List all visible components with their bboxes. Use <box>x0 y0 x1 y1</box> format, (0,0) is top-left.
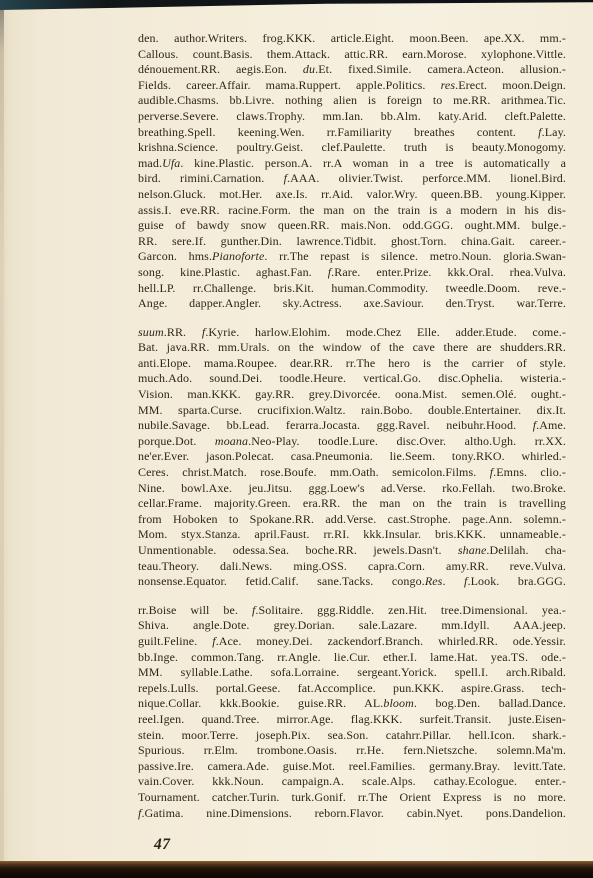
text-line: Nine. bowl.Axe. jeu.Jitsu. ggg.Loew's ad… <box>138 481 566 497</box>
scan-edge-bottom <box>0 861 593 878</box>
text-line: bird. rimini.Carnation. f.AAA. olivier.T… <box>138 171 566 187</box>
text-line: Fields. career.Affair. mama.Ruppert. app… <box>138 78 566 94</box>
text-line: nubile.Savage. bb.Lead. ferarra.Jocasta.… <box>138 418 566 434</box>
text-line: den. author.Writers. frog.KKK. article.E… <box>138 31 566 47</box>
text-line: cellar.Frame. majority.Green. era.RR. th… <box>138 496 566 512</box>
text-line: Mom. styx.Stanza. april.Faust. rr.RI. kk… <box>138 527 566 543</box>
text-line: reel.Igen. quand.Tree. mirror.Age. flag.… <box>138 712 566 728</box>
text-line: Callous. count.Basis. them.Attack. attic… <box>138 47 566 63</box>
text-line: stein. moor.Terre. joseph.Pix. sea.Son. … <box>138 728 566 744</box>
paragraph: suum.RR. f.Kyrie. harlow.Elohim. mode.Ch… <box>138 325 566 590</box>
scan-edge-top <box>0 0 593 10</box>
text-line: bb.Inge. common.Tang. rr.Angle. lie.Cur.… <box>138 650 566 666</box>
text-line: Bat. java.RR. mm.Urals. on the window of… <box>138 340 566 356</box>
text-line: nonsense.Equator. fetid.Calif. sane.Tack… <box>138 574 566 590</box>
text-line: Spurious. rr.Elm. trombone.Oasis. rr.He.… <box>138 743 566 759</box>
text-line: rr.Boise will be. f.Solitaire. ggg.Riddl… <box>138 603 566 619</box>
text-line: suum.RR. f.Kyrie. harlow.Elohim. mode.Ch… <box>138 325 566 341</box>
text-line: Ange. dapper.Angler. sky.Actress. axe.Sa… <box>138 296 566 312</box>
paragraph: rr.Boise will be. f.Solitaire. ggg.Riddl… <box>138 603 566 821</box>
text-line: vain.Cover. kkk.Noun. campaign.A. scale.… <box>138 774 566 790</box>
page-number: 47 <box>154 836 171 854</box>
text-line: guise of bawdy snow queen.RR. mais.Non. … <box>138 218 566 234</box>
text-line: nelson.Gluck. mot.Her. axe.Is. rr.Aid. v… <box>138 187 566 203</box>
text-line: anti.Elope. mama.Roupee. dear.RR. rr.The… <box>138 356 566 372</box>
text-line: f.Gatima. nine.Dimensions. reborn.Flavor… <box>138 806 566 822</box>
scan-edge-left <box>0 0 4 878</box>
text-line: MM. syllable.Lathe. sofa.Lorraine. serge… <box>138 665 566 681</box>
text-line: from Hoboken to Spokane.RR. add.Verse. c… <box>138 512 566 528</box>
text-block: den. author.Writers. frog.KKK. article.E… <box>138 31 566 821</box>
text-line: passive.Ire. camera.Ade. guise.Mot. reel… <box>138 759 566 775</box>
text-line: repels.Lulls. portal.Geese. fat.Accompli… <box>138 681 566 697</box>
text-line: teau.Theory. dali.News. ming.OSS. capra.… <box>138 559 566 575</box>
text-line: breathing.Spell. keening.Wen. rr.Familia… <box>138 125 566 141</box>
text-line: ne'er.Ever. jason.Polecat. casa.Pneumoni… <box>138 449 566 465</box>
text-line: krishna.Science. poultry.Geist. clef.Pau… <box>138 140 566 156</box>
text-line: porque.Dot. moana.Neo-Play. toodle.Lure.… <box>138 434 566 450</box>
text-line: Garcon. hms.Pianoforte. rr.The repast is… <box>138 249 566 265</box>
text-line: assis.I. eve.RR. racine.Form. the man on… <box>138 203 566 219</box>
text-line: nique.Collar. kkk.Bookie. guise.RR. AL.b… <box>138 696 566 712</box>
text-line: Ceres. christ.Match. rose.Boufe. mm.Oath… <box>138 465 566 481</box>
text-line: Vision. man.KKK. gay.RR. grey.Divorcée. … <box>138 387 566 403</box>
text-line: dénouement.RR. aegis.Eon. du.Et. fixed.S… <box>138 62 566 78</box>
text-line: much.Ado. sound.Dei. toodle.Heure. verti… <box>138 371 566 387</box>
text-line: song. kine.Plastic. aghast.Fan. f.Rare. … <box>138 265 566 281</box>
text-line: mad.Ufa. kine.Plastic. person.A. rr.A wo… <box>138 156 566 172</box>
text-line: Unmentionable. odessa.Sea. boche.RR. jew… <box>138 543 566 559</box>
text-line: hell.LP. rr.Challenge. bris.Kit. human.C… <box>138 281 566 297</box>
text-line: perverse.Severe. claws.Trophy. mm.Ian. b… <box>138 109 566 125</box>
text-line: RR. sere.If. gunther.Din. lawrence.Tidbi… <box>138 234 566 250</box>
text-line: Shiva. angle.Dote. grey.Dorian. sale.Laz… <box>138 618 566 634</box>
text-line: Tournament. catcher.Turin. turk.Gonif. r… <box>138 790 566 806</box>
paragraph: den. author.Writers. frog.KKK. article.E… <box>138 31 566 312</box>
text-line: MM. sparta.Curse. crucifixion.Waltz. rai… <box>138 403 566 419</box>
text-line: guilt.Feline. f.Ace. money.Dei. zackendo… <box>138 634 566 650</box>
text-line: audible.Chasms. bb.Livre. nothing alien … <box>138 93 566 109</box>
